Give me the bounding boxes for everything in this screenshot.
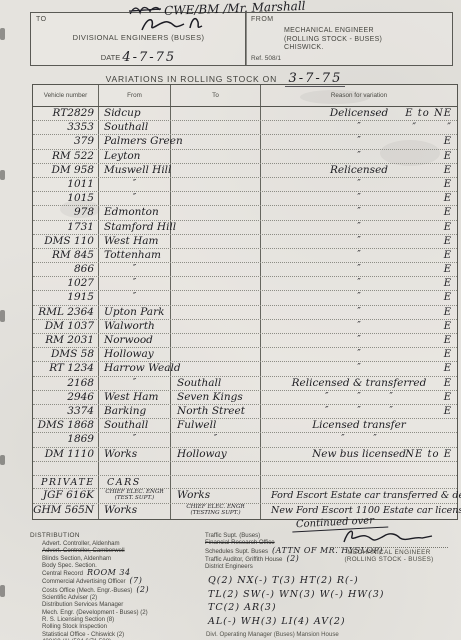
reason-text: ″ [357, 321, 360, 331]
cell-reason: ″ ″ ″E [261, 405, 457, 418]
cell-reason: ″E [261, 249, 457, 262]
reason-text: ″ [357, 151, 360, 161]
distribution-item-text: Commercial Advertising Officer [42, 578, 126, 585]
cell-from: Stamford Hill [99, 221, 171, 234]
rolling-stock-table: Vehicle number From To Reason for variat… [32, 84, 458, 520]
distribution-item: Blinds Section, Aldenham [42, 555, 212, 562]
table-row: DMS 110West Ham″E [33, 235, 457, 249]
cell-from: Palmers Green [99, 135, 171, 148]
signature-block: MECHANICAL ENGINEER (ROLLING STOCK - BUS… [330, 534, 448, 563]
cell-reason: DelicensedE to NE [261, 107, 457, 120]
table-row: RT 1234Harrow Weald″E [33, 362, 457, 376]
reason-text: ″ [357, 349, 360, 359]
private-label-right: CARS [99, 476, 171, 489]
cell-from: Norwood [99, 334, 171, 347]
cell-reason: ″E [261, 348, 457, 361]
cell-from [99, 462, 171, 475]
cell-vehicle: RM 845 [33, 249, 99, 262]
cell-from: Tottenham [99, 249, 171, 262]
distribution-item: Commercial Advertising Officer(7) [42, 577, 212, 585]
cell-from: Works [99, 504, 171, 519]
status-annotation: E [444, 334, 452, 347]
cell-vehicle: 1027 [33, 277, 99, 290]
cell-vehicle: JGF 616K [33, 489, 99, 503]
cell-to [171, 291, 261, 304]
cell-vehicle: RT2829 [33, 107, 99, 120]
reason-text: ″ ″ ″ [325, 392, 393, 402]
cell-vehicle: 1011 [33, 178, 99, 191]
distribution-item-text: Statistical Office - Chiswick (2) [42, 631, 124, 638]
cell-to [171, 306, 261, 319]
handwritten-annotation: (2) [136, 585, 149, 594]
distribution-item-text: Traffic Supt. (Buses) [205, 532, 260, 539]
cell-from: ″ [99, 277, 171, 290]
cell-vehicle: RT 1234 [33, 362, 99, 375]
reason-text: ″ [357, 236, 360, 246]
status-annotation: E [444, 277, 452, 290]
cell-from: ″ [99, 178, 171, 191]
title-text: VARIATIONS IN ROLLING STOCK ON [106, 74, 277, 84]
cell-to: Southall [171, 377, 261, 390]
signatory-title-line2: (ROLLING STOCK - BUSES) [330, 556, 448, 563]
cell-reason: ″E [261, 263, 457, 276]
cell-to [171, 235, 261, 248]
cell-from: Harrow Weald [99, 362, 171, 375]
table-row: DM 1110WorksHollowayNew bus licensedNE t… [33, 448, 457, 462]
cell-to [171, 348, 261, 361]
cell-vehicle: DM 1037 [33, 320, 99, 333]
cell-from: Holloway [99, 348, 171, 361]
distribution-item: Statistical Office - Chiswick (2) [42, 631, 212, 638]
cell-from: ″ [99, 377, 171, 390]
cell-from: Edmonton [99, 206, 171, 219]
status-annotation: ″ ″ [412, 121, 452, 134]
cell-from: Southall [99, 419, 171, 432]
cell-to [171, 135, 261, 148]
distribution-item: Rolling Stock Inspection [42, 623, 212, 630]
cell-to [171, 277, 261, 290]
reason-text: Licensed transfer [312, 419, 406, 431]
cell-reason [261, 476, 457, 489]
distribution-item: Advert. Controller, Camberwell [42, 547, 212, 554]
cell-to [171, 221, 261, 234]
cell-reason: ″″ ″ [261, 121, 457, 134]
table-header-row: Vehicle number From To Reason for variat… [33, 85, 457, 107]
ref-number: Ref. 508/1 [251, 55, 281, 62]
code-line: AL(-) WH(3) LI(4) AV(2) [208, 615, 385, 629]
cell-vehicle: DM 1110 [33, 448, 99, 461]
table-row: 1731Stamford Hill″E [33, 221, 457, 235]
binding-mark [0, 585, 5, 597]
bottom-distribution-line: Divl. Operating Manager (Buses) Mansion … [206, 631, 339, 638]
cell-reason: ″ ″ [261, 433, 457, 446]
from-line: CHISWICK. [284, 44, 382, 53]
status-annotation: E [444, 405, 452, 418]
status-annotation: E [444, 391, 452, 404]
status-annotation: E [444, 320, 452, 333]
reason-text: ″ [357, 335, 360, 345]
distribution-left-list: Advert. Controller, AldenhamAdvert. Cont… [42, 540, 212, 640]
reason-text: ″ [357, 292, 360, 302]
reason-text: ″ [357, 307, 360, 317]
status-annotation: E [444, 362, 452, 375]
reason-text: ″ [357, 122, 360, 132]
cell-from: Barking [99, 405, 171, 418]
cell-to: Holloway [171, 448, 261, 461]
cell-reason: ″E [261, 221, 457, 234]
cell-from: West Ham [99, 235, 171, 248]
distribution-item-text: Costs Office (Mech. Engr.-Buses) [42, 587, 132, 594]
cell-to [171, 362, 261, 375]
cell-vehicle: 866 [33, 263, 99, 276]
distribution-item-text: Blinds Section, Aldenham [42, 555, 111, 562]
reason-text: ″ ″ ″ [325, 406, 393, 416]
cell-from: Upton Park [99, 306, 171, 319]
table-row: DMS 58Holloway″E [33, 348, 457, 362]
cell-to: North Street [171, 405, 261, 418]
date-line: DATE 4-7-75 [31, 49, 246, 64]
status-annotation: E to NE [405, 107, 452, 120]
reason-text: ″ [357, 207, 360, 217]
cell-to: Works [171, 489, 261, 503]
cell-reason: ″E [261, 235, 457, 248]
garage-code-allocations: Q(2) NX(-) T(3) HT(2) R(-)TL(2) SW(-) WN… [208, 574, 385, 628]
cell-reason: Relicensed & transferredE [261, 377, 457, 390]
cell-from: Walworth [99, 320, 171, 333]
cell-from: ″ [99, 263, 171, 276]
cell-to [171, 107, 261, 120]
cell-reason: ″E [261, 135, 457, 148]
table-row: 3374BarkingNorth Street″ ″ ″E [33, 405, 457, 419]
table-row [33, 462, 457, 476]
table-row: 3353Southall″″ ″ [33, 121, 457, 135]
cell-reason: ″E [261, 206, 457, 219]
cell-from: ″ [99, 192, 171, 205]
cell-vehicle: 1869 [33, 433, 99, 446]
signatory-title-line1: MECHANICAL ENGINEER [330, 549, 448, 556]
reason-text: ″ [357, 179, 360, 189]
cell-from: ″ [99, 291, 171, 304]
private-cars-label-row: PRIVATECARS [33, 476, 457, 489]
from-box: FROM MECHANICAL ENGINEER (ROLLING STOCK … [245, 12, 453, 66]
cell-to [171, 320, 261, 333]
cell-vehicle: 3353 [33, 121, 99, 134]
distribution-item: District Engineers [205, 563, 365, 570]
table-row: RML 2364Upton Park″E [33, 306, 457, 320]
cell-reason: ″E [261, 192, 457, 205]
reason-text: ″ [357, 193, 360, 203]
cell-vehicle: 1731 [33, 221, 99, 234]
distribution-item: Central RecordROOM 34 [42, 569, 212, 577]
distribution-item-text: Schedules Supt. Buses [205, 548, 268, 555]
cell-to [171, 206, 261, 219]
binding-mark [0, 455, 5, 465]
table-row: DM 958Muswell HillRelicensedE [33, 164, 457, 178]
cell-vehicle: 1015 [33, 192, 99, 205]
status-annotation: E [444, 377, 452, 390]
cell-reason: ″E [261, 178, 457, 191]
cell-reason: ″E [261, 320, 457, 333]
table-row: RT2829SidcupDelicensedE to NE [33, 107, 457, 121]
cell-vehicle: DMS 110 [33, 235, 99, 248]
code-line: TC(2) AR(3) [208, 601, 385, 615]
table-row: DMS 1868SouthallFulwellLicensed transfer [33, 419, 457, 433]
cell-vehicle: 978 [33, 206, 99, 219]
status-annotation: E [444, 235, 452, 248]
cell-reason: ″E [261, 306, 457, 319]
distribution-item-text: Mech. Engr. (Development - Buses) (2) [42, 609, 148, 616]
table-row: 379Palmers Green″E [33, 135, 457, 149]
cell-to [171, 192, 261, 205]
cell-vehicle: 3374 [33, 405, 99, 418]
col-header-reason: Reason for variation [261, 85, 457, 106]
reason-text: Relicensed & transferred [292, 377, 427, 389]
table-row: 1027″″E [33, 277, 457, 291]
cell-from: Leyton [99, 150, 171, 163]
cell-reason: ″E [261, 334, 457, 347]
cell-to [171, 164, 261, 177]
cell-from: Sidcup [99, 107, 171, 120]
cell-reason: RelicensedE [261, 164, 457, 177]
col-header-from: From [99, 85, 171, 106]
binding-mark [0, 170, 5, 180]
distribution-item-text: Scientific Adviser (2) [42, 594, 97, 601]
status-annotation: E [444, 150, 452, 163]
to-addressee: DIVISIONAL ENGINEERS (BUSES) [31, 33, 246, 42]
cell-to [171, 150, 261, 163]
table-row: 1915″″E [33, 291, 457, 305]
reason-text: ″ ″ [341, 434, 377, 444]
distribution-item: Costs Office (Mech. Engr.-Buses)(2) [42, 586, 212, 594]
cell-vehicle: GHM 565N [33, 504, 99, 519]
cell-to [171, 334, 261, 347]
distribution-item: Scientific Adviser (2) [42, 594, 212, 601]
status-annotation: NE to E [405, 448, 452, 461]
reason-text: ″ [357, 250, 360, 260]
reason-text: Delicensed [330, 107, 389, 119]
distribution-item-text: Advert. Controller, Camberwell [42, 547, 125, 554]
distribution-item-text: Advert. Controller, Aldenham [42, 540, 120, 547]
code-line: TL(2) SW(-) WN(3) W(-) HW(3) [208, 588, 385, 602]
cell-from: Muswell Hill [99, 164, 171, 177]
cell-vehicle: 2168 [33, 377, 99, 390]
table-row: 2168″SouthallRelicensed & transferredE [33, 377, 457, 391]
cell-vehicle: RM 2031 [33, 334, 99, 347]
status-annotation: E [444, 291, 452, 304]
cell-from: Works [99, 448, 171, 461]
cell-reason: ″E [261, 362, 457, 375]
cell-to [171, 462, 261, 475]
status-annotation: E [444, 206, 452, 219]
reason-text: ″ [357, 278, 360, 288]
distribution-item-text: Central Record [42, 570, 83, 577]
cell-reason: ″E [261, 291, 457, 304]
reason-text: ″ [357, 136, 360, 146]
signature-scribble-top [138, 14, 228, 34]
table-row: 1015″″E [33, 192, 457, 206]
cell-reason [261, 462, 457, 475]
cell-reason: ″E [261, 277, 457, 290]
private-label-left: PRIVATE [33, 476, 99, 489]
cell-vehicle: 379 [33, 135, 99, 148]
distribution-item-text: District Engineers [205, 563, 253, 570]
date-label: DATE [101, 53, 120, 62]
cell-vehicle: RM 522 [33, 150, 99, 163]
distribution-item-text: Distribution Services Manager [42, 601, 123, 608]
table-row: 1869″″″ ″ [33, 433, 457, 447]
cell-from: Southall [99, 121, 171, 134]
handwritten-annotation: (2) [286, 554, 299, 563]
status-annotation: E [444, 221, 452, 234]
cell-to: CHIEF ELEC. ENGR (TESTING SUPT.) [171, 504, 261, 519]
distribution-item: Mech. Engr. (Development - Buses) (2) [42, 609, 212, 616]
reason-text: New bus licensed [312, 448, 406, 460]
reason-text: ″ [357, 264, 360, 274]
cell-reason: ″ ″ ″E [261, 391, 457, 404]
table-row: RM 2031Norwood″E [33, 334, 457, 348]
col-header-to: To [171, 85, 261, 106]
cell-vehicle: 2946 [33, 391, 99, 404]
cell-to [171, 178, 261, 191]
from-label: FROM [251, 16, 274, 23]
distribution-item: Distribution Services Manager [42, 601, 212, 608]
status-annotation: E [444, 306, 452, 319]
signature-scribble-bottom [340, 526, 436, 548]
reason-text: ″ [357, 222, 360, 232]
scanned-document-page: { "header": { "to_label": "TO", "to_valu… [0, 0, 461, 640]
cell-reason: Ford Escort Estate car transferred & del… [261, 489, 461, 503]
handwritten-annotation: ROOM 34 [87, 568, 131, 577]
cell-from: West Ham [99, 391, 171, 404]
cell-reason: New bus licensedNE to E [261, 448, 457, 461]
cell-vehicle: DMS 58 [33, 348, 99, 361]
to-label: TO [36, 16, 47, 23]
cell-to [171, 476, 261, 489]
cell-vehicle: DM 958 [33, 164, 99, 177]
cell-to: Seven Kings [171, 391, 261, 404]
binding-mark [0, 310, 5, 322]
table-row: 1011″″E [33, 178, 457, 192]
table-row: 866″″E [33, 263, 457, 277]
distribution-item-text: R. S. Licensing Section (8) [42, 616, 114, 623]
code-line: Q(2) NX(-) T(3) HT(2) R(-) [208, 574, 385, 588]
from-line: MECHANICAL ENGINEER [284, 27, 382, 36]
col-header-vehicle: Vehicle number [33, 85, 99, 106]
reason-text: New Ford Escort 1100 Estate car licensed [271, 505, 461, 516]
table-row: JGF 616KCHIEF ELEC. ENGR (TEST. SUPT.)Wo… [33, 489, 457, 504]
cell-to: ″ [171, 433, 261, 446]
table-row: RM 522Leyton″E [33, 150, 457, 164]
status-annotation: E [444, 135, 452, 148]
status-annotation: E [444, 249, 452, 262]
cell-to [171, 121, 261, 134]
cell-to [171, 263, 261, 276]
distribution-item: Advert. Controller, Aldenham [42, 540, 212, 547]
cell-vehicle: 1915 [33, 291, 99, 304]
binding-mark [0, 28, 5, 40]
cell-vehicle: DMS 1868 [33, 419, 99, 432]
distribution-item-text: Rolling Stock Inspection [42, 623, 107, 630]
date-value-handwritten: 4-7-75 [122, 50, 176, 65]
cell-from: ″ [99, 433, 171, 446]
status-annotation: E [444, 348, 452, 361]
cell-to [171, 249, 261, 262]
from-line: (ROLLING STOCK - BUSES) [284, 36, 382, 45]
cell-to: Fulwell [171, 419, 261, 432]
cell-vehicle [33, 462, 99, 475]
distribution-item-text: Traffic Auditor, Griffith House [205, 556, 282, 563]
reason-text: Ford Escort Estate car transferred & del… [271, 490, 461, 501]
cell-reason: ″E [261, 150, 457, 163]
table-row: 978Edmonton″E [33, 206, 457, 220]
status-annotation: E [444, 263, 452, 276]
table-row: 2946West HamSeven Kings″ ″ ″E [33, 391, 457, 405]
status-annotation: E [444, 192, 452, 205]
table-body: RT2829SidcupDelicensedE to NE3353Southal… [33, 107, 457, 519]
table-row: DM 1037Walworth″E [33, 320, 457, 334]
distribution-item-text: Financial Research Office [205, 539, 275, 546]
status-annotation: E [444, 164, 452, 177]
cell-reason: Licensed transfer [261, 419, 457, 432]
table-row: RM 845Tottenham″E [33, 249, 457, 263]
table-row: GHM 565NWorksCHIEF ELEC. ENGR (TESTING S… [33, 504, 457, 519]
from-address: MECHANICAL ENGINEER (ROLLING STOCK - BUS… [284, 27, 382, 53]
distribution-item: R. S. Licensing Section (8) [42, 616, 212, 623]
cell-vehicle: RML 2364 [33, 306, 99, 319]
reason-text: ″ [357, 363, 360, 373]
reason-text: Relicensed [330, 164, 388, 176]
cell-from: CHIEF ELEC. ENGR (TEST. SUPT.) [99, 489, 171, 503]
status-annotation: E [444, 178, 452, 191]
